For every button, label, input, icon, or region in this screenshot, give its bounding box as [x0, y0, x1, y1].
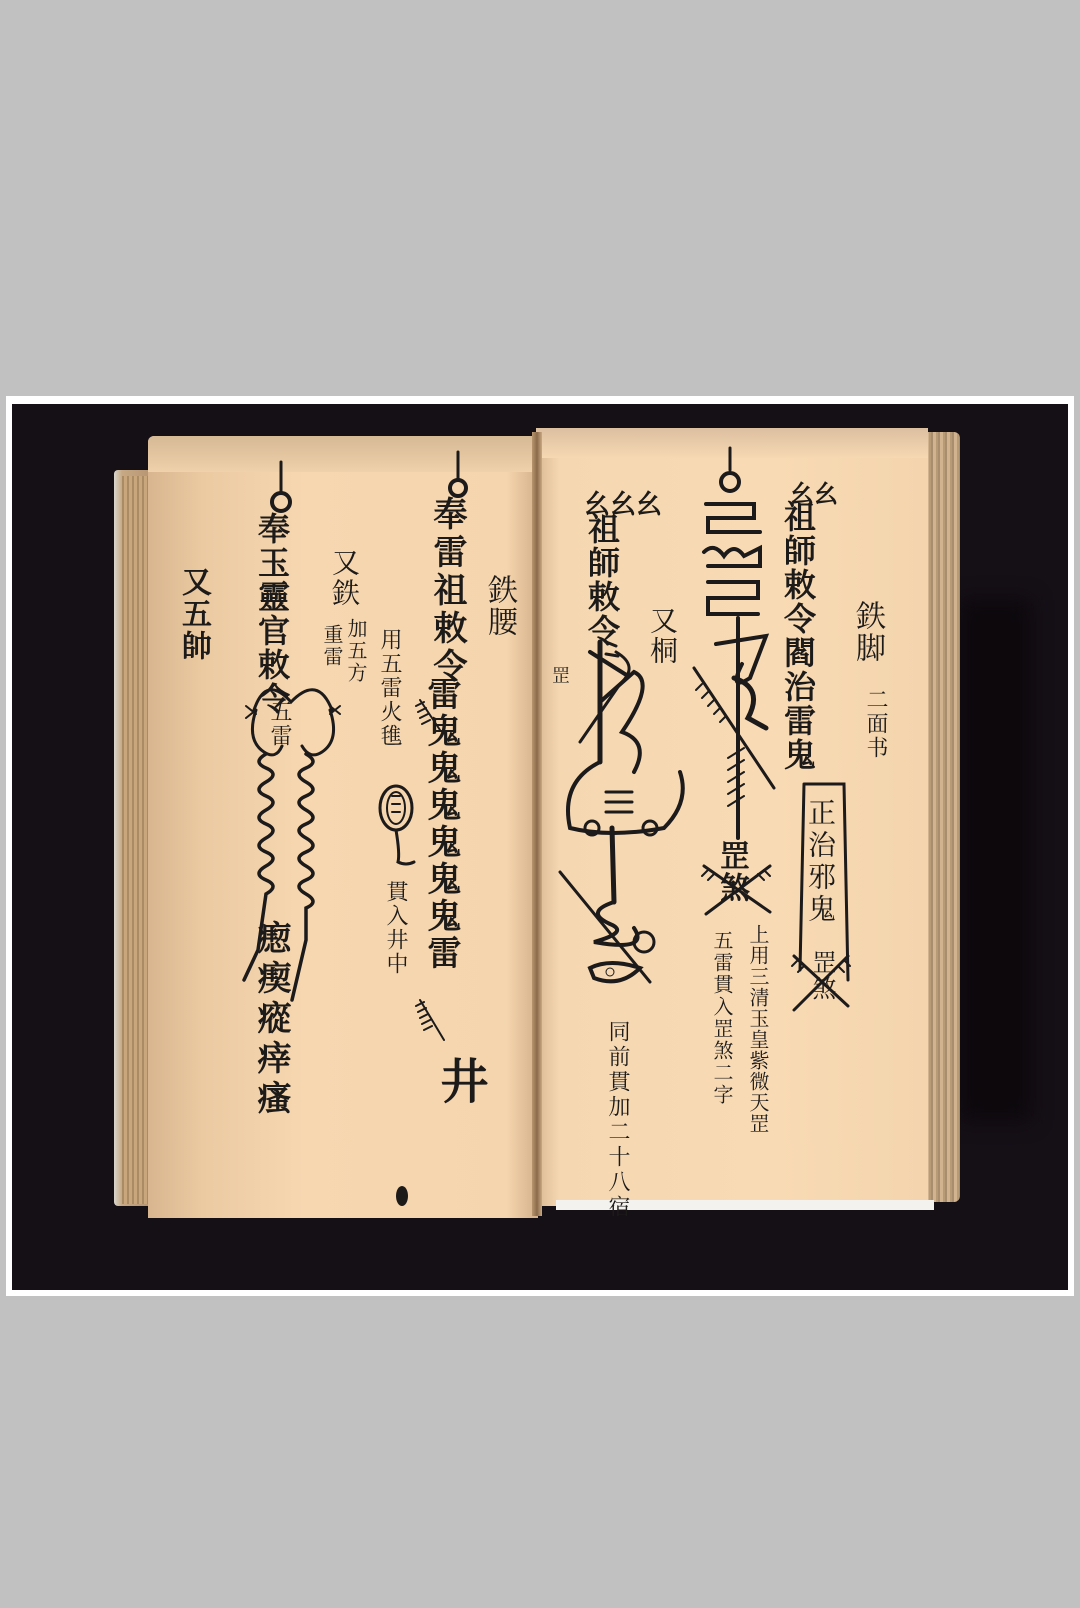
book-shadow: [960, 600, 1030, 1120]
ink-blot: [396, 1186, 408, 1206]
note-b-insert: 貫入井中: [384, 880, 406, 976]
title-f: 鉄脚: [852, 600, 882, 664]
talisman-c-top-text: 奉雷祖敕令: [430, 496, 464, 686]
talisman-c-top-loop-icon: [444, 452, 474, 502]
talisman-a-bottom-text: 瘛瘈瘲㾕瘙: [254, 920, 288, 1120]
right-page-edges: [924, 432, 960, 1202]
talisman-a-center-text: 五雷: [268, 700, 290, 748]
left-heading: 又五帥: [178, 566, 208, 662]
talisman-d-top-text: 祖師敕令: [586, 512, 618, 648]
title-b-note-1: 加五方: [346, 618, 366, 684]
title-b-note-2: 重雷: [322, 624, 342, 668]
talisman-c-hatch-icon: [414, 690, 454, 1050]
talisman-f-box-text: 正治邪鬼: [806, 798, 834, 926]
note-e-1: 五雷貫入罡煞二字: [712, 930, 732, 1106]
talisman-f-top-text: 祖師敕令閻治雷鬼: [782, 500, 814, 772]
left-page-top-stain: [148, 436, 538, 472]
talisman-d-body-icon: [560, 632, 690, 1012]
title-b-main: 又鉄: [330, 548, 358, 608]
talisman-e-cross-icon: [700, 862, 780, 922]
book-gutter: [532, 432, 542, 1216]
note-b-use: 用五雷火㲝: [378, 628, 400, 748]
title-f-note: 二面书: [864, 688, 886, 760]
note-d: 同前貫加二十八宿: [606, 1020, 628, 1220]
talisman-f-bottom-text: 罡煞: [810, 950, 834, 1002]
talisman-c-bottom-text: 井: [436, 1056, 484, 1106]
note-e-2: 上用三清玉皇紫微天罡: [748, 924, 768, 1134]
title-c: 鉄腰: [484, 574, 514, 638]
